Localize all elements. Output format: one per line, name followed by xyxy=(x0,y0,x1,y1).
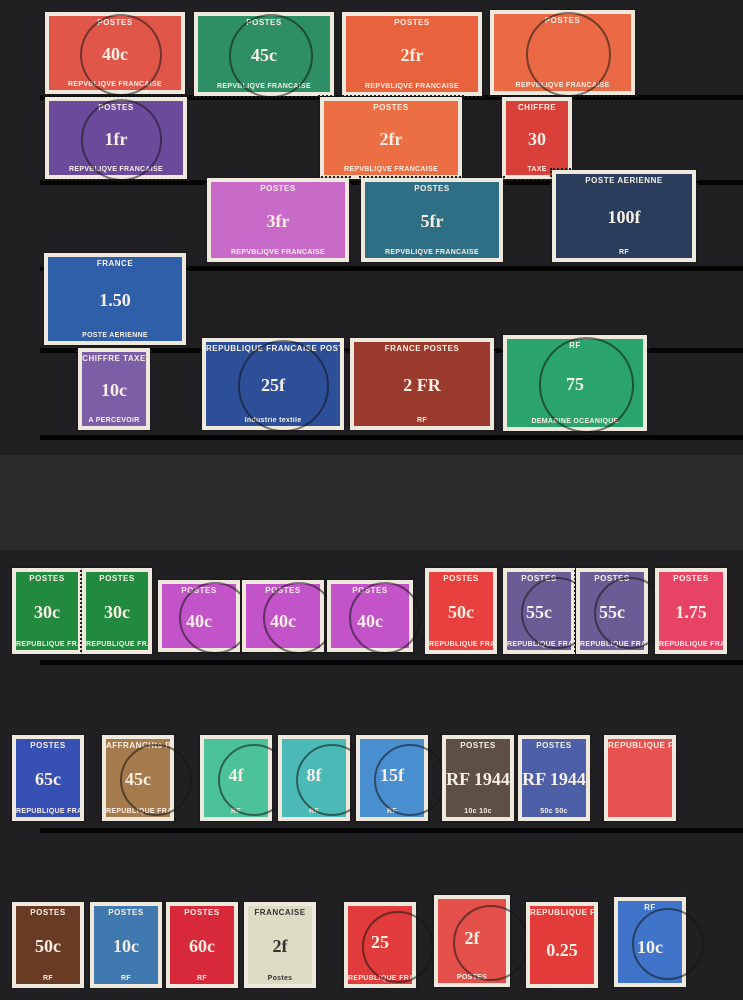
stamp: REPUBLIQUE FRANCAISE POSTES25fIndustrie … xyxy=(202,338,344,430)
stamp: POSTES40c xyxy=(242,580,324,652)
stamp-bottom-text: RF xyxy=(282,808,346,817)
stamp: 2fPOSTES xyxy=(434,895,510,987)
stamp: POSTES3frREPVBLIQVE FRANCAISE xyxy=(207,178,349,262)
stamp-top-text: POSTES xyxy=(346,16,478,27)
stamp-design: POSTES45cREPVBLIQVE FRANCAISE xyxy=(198,16,330,92)
stamp-value: 2 FR xyxy=(354,376,490,394)
stamp-design: POSTES5frREPVBLIQVE FRANCAISE xyxy=(365,182,499,258)
stamp-value: 55c xyxy=(507,603,571,621)
stamp-value: 10c xyxy=(618,938,682,956)
stamp-top-text: POSTES xyxy=(211,182,345,193)
stamp: FRANCAISE2fPostes xyxy=(244,902,316,988)
stamp-bottom-text xyxy=(618,981,682,983)
stamp-value: 5fr xyxy=(365,212,499,230)
stamp-top-text xyxy=(348,906,412,908)
stamp: 25REPUBLIQUE FRANCAISE xyxy=(344,902,416,988)
stamp-top-text: AFFRANCHts POSTES xyxy=(106,739,170,750)
stamp-top-text: POSTES xyxy=(507,572,571,583)
stamp-top-text: RF xyxy=(507,339,643,350)
stamp-design: CHIFFRE30TAXE xyxy=(506,101,568,175)
stamp-value: 50c xyxy=(16,937,80,955)
stamp-bottom-text: RF xyxy=(204,808,268,817)
stamp-bottom-text: 10c 10c xyxy=(446,808,510,817)
stamp-design: POSTES40c xyxy=(246,584,320,648)
stamp-value: 1.50 xyxy=(48,291,182,309)
stamp-value: 4f xyxy=(204,766,268,784)
stamp-value: 55c xyxy=(580,603,644,621)
stamp: POSTES45cREPVBLIQVE FRANCAISE xyxy=(194,12,334,96)
stamp-bottom-text: REPVBLIQVE FRANCAISE xyxy=(49,81,181,90)
stamp-bottom-text: REPVBLIQVE FRANCAISE xyxy=(198,83,330,92)
stamp: POSTES55cREPUBLIQUE FRANCAISE xyxy=(503,568,575,654)
stamp-top-text: POSTES xyxy=(580,572,644,583)
stamp-top-text xyxy=(360,739,424,741)
stamp: POSTES65cREPUBLIQUE FRANCAISE xyxy=(12,735,84,821)
stamp-bottom-text: RF xyxy=(360,808,424,817)
stamp: REPUBLIQUE FRANCAISE xyxy=(604,735,676,821)
stamp: CHIFFRE TAXE10cA PERCEVOIR xyxy=(78,348,150,430)
stamp: POSTES40c xyxy=(327,580,413,652)
stamp-value: 60c xyxy=(170,937,234,955)
stamp: FRANCE1.50POSTE AERIENNE xyxy=(44,253,186,345)
stamp-bottom-text: REPUBLIQUE FRANCAISE xyxy=(16,641,78,650)
stamp-value: RF 1944 xyxy=(446,770,510,788)
stamp-top-text: FRANCAISE xyxy=(248,906,312,917)
stamp: RF10c xyxy=(614,897,686,987)
stamp: POSTES1frREPVBLIQVE FRANCAISE xyxy=(45,97,187,179)
stamp-album-page: POSTES40cREPVBLIQVE FRANCAISEPOSTES45cRE… xyxy=(0,0,743,1000)
stamp-top-text: POSTES xyxy=(429,572,493,583)
stamp-value: 2fr xyxy=(324,130,458,148)
stamp: FRANCE POSTES2 FRRF xyxy=(350,338,494,430)
stamp: POSTES1.75REPUBLIQUE FRANCAISE xyxy=(655,568,727,654)
stamp-design: POSTES2frREPVBLIQVE FRANCAISE xyxy=(346,16,478,92)
stamp-top-text: POSTES xyxy=(16,572,78,583)
stamp-design: 4fRF xyxy=(204,739,268,817)
stamp: POSTES40c xyxy=(158,580,240,652)
stamp-design: POSTES3frREPVBLIQVE FRANCAISE xyxy=(211,182,345,258)
stamp-design: POSTES40c xyxy=(162,584,236,648)
stamp-value: 10c xyxy=(82,381,146,399)
stamp-design: POSTES1frREPVBLIQVE FRANCAISE xyxy=(49,101,183,175)
album-strip xyxy=(40,660,743,665)
stamp: 15fRF xyxy=(356,735,428,821)
stamp: POSTES50cREPUBLIQUE FRANCAISE xyxy=(425,568,497,654)
stamp: POSTES30cREPUBLIQUE FRANCAISE xyxy=(82,568,152,654)
stamp-top-text: POSTES xyxy=(162,584,236,595)
stamp-top-text: POSTES xyxy=(16,906,80,917)
stamp-top-text: POSTES xyxy=(198,16,330,27)
stamp-value: 0.25 xyxy=(530,941,594,959)
stamp-design: POSTES40c xyxy=(331,584,409,648)
stamp-bottom-text: REPUBLIQUE FRANCAISE xyxy=(348,975,412,984)
stamp-top-text: POSTES xyxy=(170,906,234,917)
stamp-design: REPUBLIQUE FRANCAISE POSTES25fIndustrie … xyxy=(206,342,340,426)
album-divider-band xyxy=(0,455,743,550)
stamp-top-text: POSTES xyxy=(331,584,409,595)
stamp-value: 40c xyxy=(49,45,181,63)
stamp-bottom-text: RF xyxy=(16,975,80,984)
stamp-top-text: POSTE AERIENNE xyxy=(556,174,692,185)
stamp-design: POSTE AERIENNE100fRF xyxy=(556,174,692,258)
stamp-value: 10c xyxy=(94,937,158,955)
stamp-value: 40c xyxy=(246,612,320,630)
stamp-value: 65c xyxy=(16,770,80,788)
stamp-top-text: RF xyxy=(618,901,682,912)
stamp-top-text xyxy=(282,739,346,741)
stamp-value: 2f xyxy=(248,937,312,955)
stamp-design: 25REPUBLIQUE FRANCAISE xyxy=(348,906,412,984)
stamp-bottom-text: REPUBLIQUE FRANCAISE xyxy=(16,808,80,817)
stamp-top-text: CHIFFRE TAXE xyxy=(82,352,146,363)
stamp-top-text: CHIFFRE xyxy=(506,101,568,112)
stamp-bottom-text: REPUBLIQUE FRANCAISE xyxy=(429,641,493,650)
stamp-bottom-text: REPUBLIQUE FRANCAISE xyxy=(86,641,148,650)
stamp-value: 30 xyxy=(506,130,568,148)
stamp-bottom-text: REPUBLIQUE FRANCAISE xyxy=(106,808,170,817)
stamp-value: 25f xyxy=(206,376,340,394)
stamp: REPUBLIQUE FRANCAISE0.25 xyxy=(526,902,598,988)
stamp-bottom-text: RF xyxy=(170,975,234,984)
stamp-top-text: POSTES xyxy=(365,182,499,193)
stamp-value: 15f xyxy=(360,766,424,784)
stamp-design: POSTES30cREPUBLIQUE FRANCAISE xyxy=(16,572,78,650)
stamp-design: POSTESRF 194450c 50c xyxy=(522,739,586,817)
stamp-top-text xyxy=(204,739,268,741)
stamp-design: FRANCE POSTES2 FRRF xyxy=(354,342,490,426)
stamp-value: 25 xyxy=(348,933,412,951)
stamp-design: FRANCE1.50POSTE AERIENNE xyxy=(48,257,182,341)
stamp-design: POSTES2frREPVBLIQVE FRANCAISE xyxy=(324,101,458,175)
stamp-top-text: POSTES xyxy=(49,101,183,112)
stamp-design: 15fRF xyxy=(360,739,424,817)
stamp-design: POSTES30cREPUBLIQUE FRANCAISE xyxy=(86,572,148,650)
stamp-value: 1.75 xyxy=(659,603,723,621)
stamp-value: 30c xyxy=(86,603,148,621)
stamp-value: 40c xyxy=(331,612,409,630)
stamp-top-text: REPUBLIQUE FRANCAISE xyxy=(608,739,672,750)
stamp-design: POSTES65cREPUBLIQUE FRANCAISE xyxy=(16,739,80,817)
stamp-top-text: POSTES xyxy=(446,739,510,750)
stamp-bottom-text: POSTE AERIENNE xyxy=(48,332,182,341)
stamp-top-text: REPUBLIQUE FRANCAISE xyxy=(530,906,594,917)
stamp: 8fRF xyxy=(278,735,350,821)
stamp-top-text: POSTES xyxy=(49,16,181,27)
stamp: AFFRANCHts POSTES45cREPUBLIQUE FRANCAISE xyxy=(102,735,174,821)
album-strip xyxy=(40,828,743,833)
stamp-bottom-text xyxy=(608,815,672,817)
stamp-top-text: POSTES xyxy=(494,14,631,25)
stamp: POSTES30cREPUBLIQUE FRANCAISE xyxy=(12,568,82,654)
stamp-design: RF10c xyxy=(618,901,682,983)
stamp-value: 100f xyxy=(556,208,692,226)
stamp-design: AFFRANCHts POSTES45cREPUBLIQUE FRANCAISE xyxy=(106,739,170,817)
stamp-design: POSTES60cRF xyxy=(170,906,234,984)
stamp-bottom-text: REPVBLIQVE FRANCAISE xyxy=(346,83,478,92)
stamp-top-text: POSTES xyxy=(246,584,320,595)
stamp: RF75DEMARINE OCEANIQUE xyxy=(503,335,647,431)
stamp-design: POSTES1.75REPUBLIQUE FRANCAISE xyxy=(659,572,723,650)
stamp-bottom-text: POSTES xyxy=(438,974,506,983)
stamp-value: 75 xyxy=(507,375,643,393)
stamp-top-text: FRANCE POSTES xyxy=(354,342,490,353)
stamp-bottom-text: Industrie textile xyxy=(206,417,340,426)
stamp-design: REPUBLIQUE FRANCAISE0.25 xyxy=(530,906,594,984)
stamp-bottom-text: REPVBLIQVE FRANCAISE xyxy=(211,249,345,258)
stamp: POSTES55cREPUBLIQUE FRANCAISE xyxy=(576,568,648,654)
stamp-bottom-text: Postes xyxy=(248,975,312,984)
stamp-value: 1fr xyxy=(49,130,183,148)
stamp-design: FRANCAISE2fPostes xyxy=(248,906,312,984)
stamp-top-text: POSTES xyxy=(659,572,723,583)
stamp-top-text xyxy=(438,899,506,901)
stamp: POSTES50cRF xyxy=(12,902,84,988)
stamp-bottom-text: A PERCEVOIR xyxy=(82,417,146,426)
stamp-design: 2fPOSTES xyxy=(438,899,506,983)
stamp-value: 3fr xyxy=(211,212,345,230)
stamp-value: 50c xyxy=(429,603,493,621)
stamp-top-text: POSTES xyxy=(522,739,586,750)
stamp-design: RF75DEMARINE OCEANIQUE xyxy=(507,339,643,427)
album-strip xyxy=(40,435,743,440)
stamp-bottom-text xyxy=(331,646,409,648)
stamp-design: 8fRF xyxy=(282,739,346,817)
stamp: POSTES60cRF xyxy=(166,902,238,988)
stamp-value: 30c xyxy=(16,603,78,621)
stamp-top-text: REPUBLIQUE FRANCAISE POSTES xyxy=(206,342,340,353)
stamp: 4fRF xyxy=(200,735,272,821)
stamp-value: 45c xyxy=(198,46,330,64)
stamp-bottom-text: REPUBLIQUE FRANCAISE xyxy=(507,641,571,650)
stamp-value: 40c xyxy=(162,612,236,630)
stamp-bottom-text: REPUBLIQUE FRANCAISE xyxy=(580,641,644,650)
stamp: POSTES2frREPVBLIQVE FRANCAISE xyxy=(342,12,482,96)
stamp-design: POSTES55cREPUBLIQUE FRANCAISE xyxy=(580,572,644,650)
stamp-bottom-text xyxy=(162,646,236,648)
stamp: POSTES40cREPVBLIQVE FRANCAISE xyxy=(45,12,185,94)
stamp-design: CHIFFRE TAXE10cA PERCEVOIR xyxy=(82,352,146,426)
stamp-bottom-text: RF xyxy=(94,975,158,984)
stamp-top-text: POSTES xyxy=(86,572,148,583)
stamp: POSTESRF 194410c 10c xyxy=(442,735,514,821)
stamp-top-text: POSTES xyxy=(94,906,158,917)
stamp-bottom-text: DEMARINE OCEANIQUE xyxy=(507,418,643,427)
stamp-design: POSTES40cREPVBLIQVE FRANCAISE xyxy=(49,16,181,90)
stamp: POSTES2frREPVBLIQVE FRANCAISE xyxy=(320,97,462,179)
stamp-design: POSTES50cREPUBLIQUE FRANCAISE xyxy=(429,572,493,650)
stamp: POSTES10cRF xyxy=(90,902,162,988)
stamp-bottom-text: REPUBLIQUE FRANCAISE xyxy=(659,641,723,650)
stamp-value: 8f xyxy=(282,766,346,784)
stamp-top-text: FRANCE xyxy=(48,257,182,268)
stamp: CHIFFRE30TAXE xyxy=(502,97,572,179)
stamp-design: REPUBLIQUE FRANCAISE xyxy=(608,739,672,817)
stamp: POSTE AERIENNE100fRF xyxy=(552,170,696,262)
stamp-bottom-text: REPVBLIQVE FRANCAISE xyxy=(365,249,499,258)
stamp: POSTESRF 194450c 50c xyxy=(518,735,590,821)
stamp-design: POSTES10cRF xyxy=(94,906,158,984)
stamp-bottom-text: RF xyxy=(556,249,692,258)
stamp-bottom-text: RF xyxy=(354,417,490,426)
stamp: POSTES5frREPVBLIQVE FRANCAISE xyxy=(361,178,503,262)
stamp-value: 2fr xyxy=(346,46,478,64)
stamp-design: POSTES55cREPUBLIQUE FRANCAISE xyxy=(507,572,571,650)
stamp-top-text: POSTES xyxy=(324,101,458,112)
stamp-bottom-text xyxy=(530,982,594,984)
stamp-bottom-text: 50c 50c xyxy=(522,808,586,817)
stamp-top-text: POSTES xyxy=(16,739,80,750)
stamp-design: POSTESRF 194410c 10c xyxy=(446,739,510,817)
stamp-bottom-text xyxy=(246,646,320,648)
stamp-value: RF 1944 xyxy=(522,770,586,788)
stamp-bottom-text: REPVBLIQVE FRANCAISE xyxy=(494,82,631,91)
stamp-design: POSTESREPVBLIQVE FRANCAISE xyxy=(494,14,631,91)
stamp-value: 45c xyxy=(106,770,170,788)
stamp-value: 2f xyxy=(438,929,506,947)
stamp-bottom-text: REPVBLIQVE FRANCAISE xyxy=(49,166,183,175)
stamp-bottom-text: REPVBLIQVE FRANCAISE xyxy=(324,166,458,175)
stamp: POSTESREPVBLIQVE FRANCAISE xyxy=(490,10,635,95)
stamp-design: POSTES50cRF xyxy=(16,906,80,984)
